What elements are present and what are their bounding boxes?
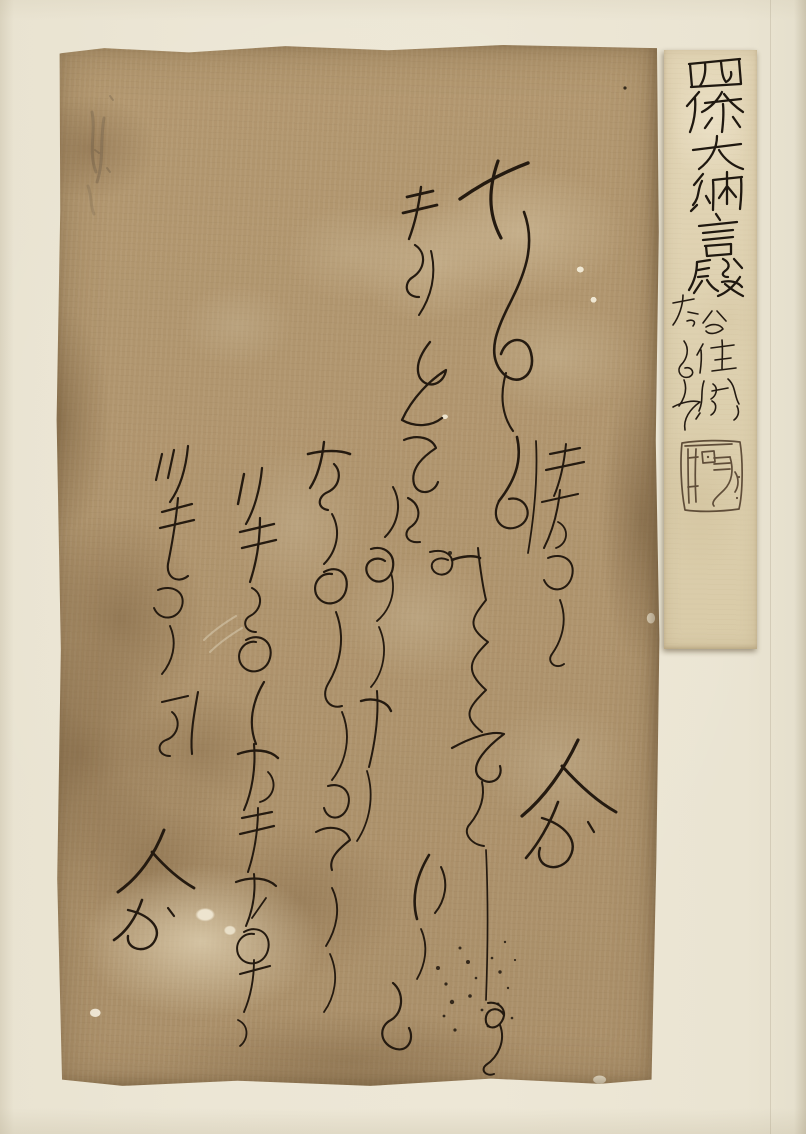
- artwork-photo: [0, 0, 806, 1134]
- mount-seam-line: [770, 0, 771, 1134]
- poem-sheet-paper: [56, 44, 660, 1088]
- attribution-label-strip: [664, 50, 757, 649]
